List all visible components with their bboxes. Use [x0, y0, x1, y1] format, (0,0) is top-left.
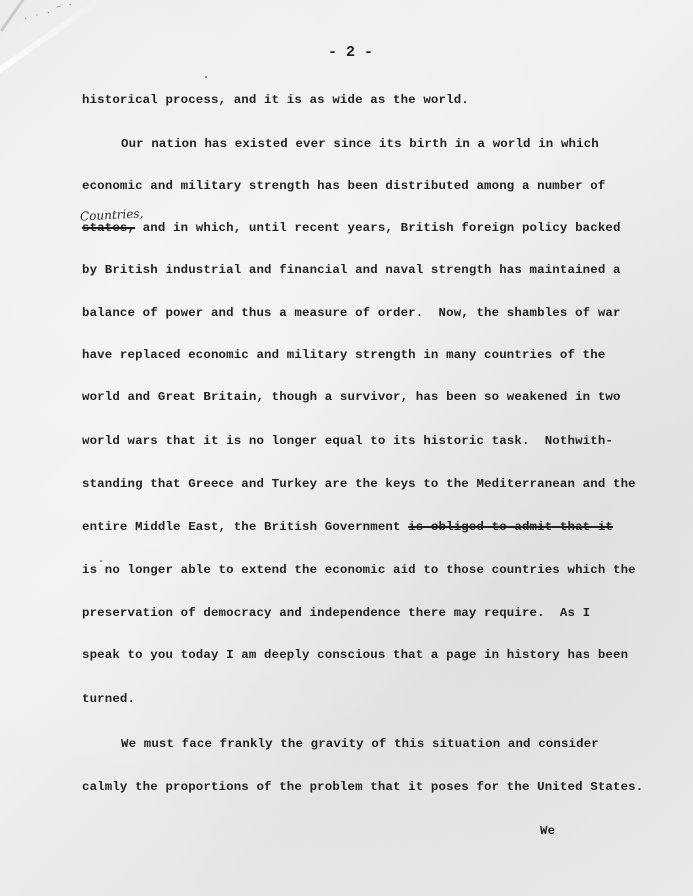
text-line: world and Great Britain, though a surviv… [82, 390, 621, 404]
text-line: speak to you today I am deeply conscious… [82, 648, 628, 662]
text-line: turned. [82, 692, 135, 706]
paper-speck [100, 560, 102, 562]
text-line: historical process, and it is as wide as… [82, 93, 469, 107]
page-number: - 2 - [328, 44, 373, 61]
text-line: economic and military strength has been … [82, 179, 605, 193]
text-segment: entire Middle East, the British Governme… [82, 520, 408, 534]
text-line: We must face frankly the gravity of this… [121, 737, 599, 751]
text-line: have replaced economic and military stre… [82, 348, 605, 362]
paper-speck [205, 76, 207, 78]
struck-text: states, [82, 221, 135, 235]
text-segment: and in which, until recent years, Britis… [135, 221, 620, 235]
catchword: We [540, 824, 555, 838]
text-line: calmly the proportions of the problem th… [82, 780, 643, 794]
text-line: Our nation has existed ever since its bi… [121, 137, 599, 151]
text-line-with-strikethrough: states, and in which, until recent years… [82, 221, 621, 235]
text-line-with-strikethrough: entire Middle East, the British Governme… [82, 520, 613, 534]
text-line: by British industrial and financial and … [82, 263, 621, 277]
struck-text: is obliged to admit that it [408, 520, 613, 534]
text-line: preservation of democracy and independen… [82, 606, 590, 620]
text-line: standing that Greece and Turkey are the … [82, 477, 636, 491]
text-line: balance of power and thus a measure of o… [82, 306, 621, 320]
paper-crease [0, 0, 115, 85]
document-page: · - . ~ . - 2 - historical process, and … [0, 0, 693, 896]
text-line: is no longer able to extend the economic… [82, 563, 636, 577]
text-line: world wars that it is no longer equal to… [82, 434, 613, 448]
